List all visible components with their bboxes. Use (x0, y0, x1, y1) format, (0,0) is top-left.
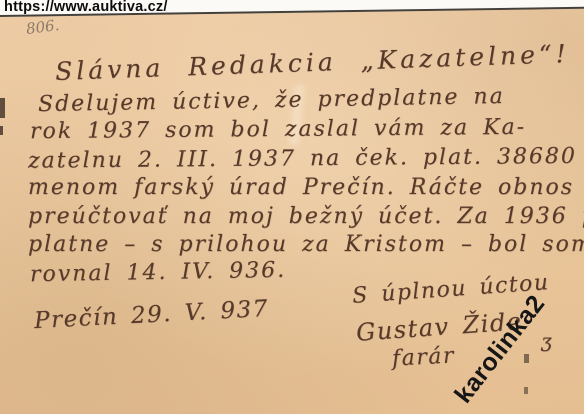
pencil-catalog-number: 806. (25, 16, 60, 38)
salutation-line: Slávna Redakcia „Kazatelne“! (55, 39, 570, 86)
signature-title: farár (391, 343, 455, 371)
scan-speck (524, 387, 528, 394)
body-line: rok 1937 som bol zaslal vám za Ka- (30, 115, 526, 144)
body-line: platne – s prilohou za Kristom – bol som… (28, 232, 584, 257)
scan-speck (0, 98, 5, 118)
body-line: zatelnu 2. III. 1937 na ček. plat. 38680… (28, 143, 584, 173)
body-line: preúčtovať na moj bežný účet. Za 1936 pr… (28, 204, 584, 229)
source-url-text: https://www.auktiva.cz/ (0, 0, 168, 16)
source-url-bar: https://www.auktiva.cz/ (0, 0, 584, 17)
ink-flourish: ʒ (541, 330, 552, 352)
body-line: menom farský úrad Prečín. Ráčte obnos (28, 175, 574, 200)
corner-watermark-text: karolinka2 (449, 290, 551, 409)
scan-speck (0, 126, 3, 135)
body-line: rovnal 14. IV. 936. (30, 258, 287, 287)
body-line: Sdelujem úctive, že predplatne na (38, 84, 505, 117)
postcard-scan: https://www.auktiva.cz/ 806. Slávna Reda… (0, 0, 584, 414)
scan-speck (524, 354, 529, 363)
place-date-line: Prečín 29. V. 937 (33, 296, 269, 334)
